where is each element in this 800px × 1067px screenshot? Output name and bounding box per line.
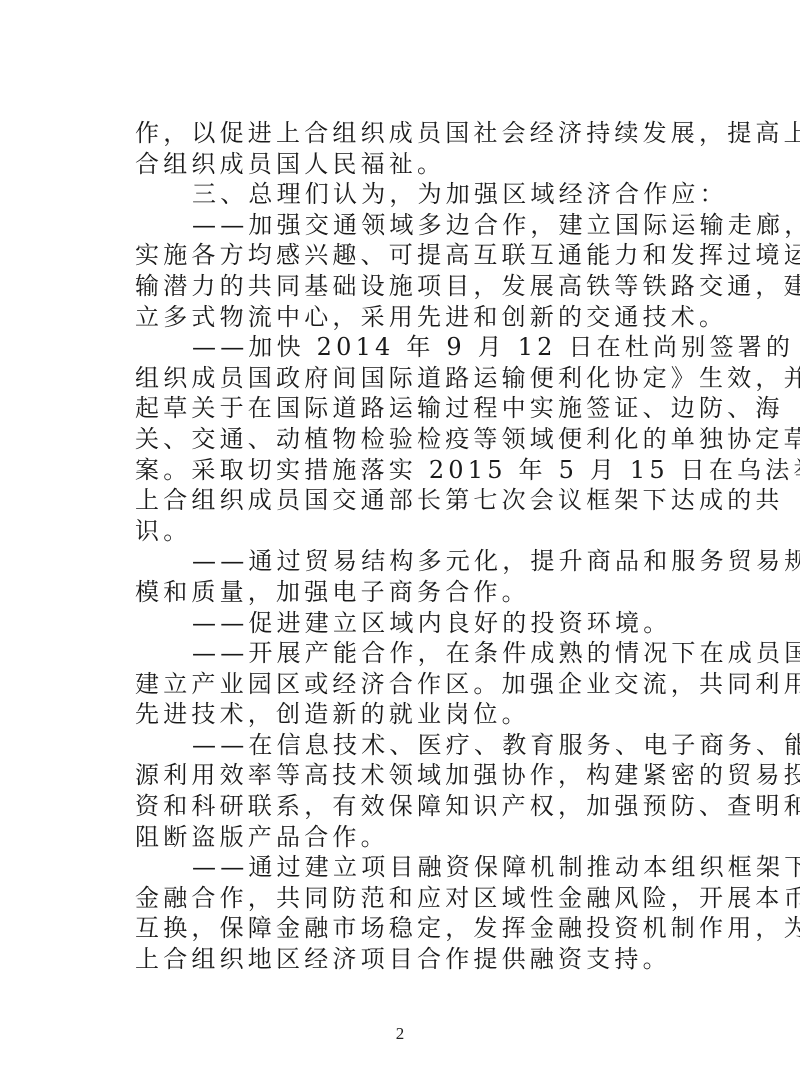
text-line: 上合组织成员国交通部长第七次会议框架下达成的共 [135, 485, 655, 516]
text-line: 组织成员国政府间国际道路运输便利化协定》生效，并 [135, 363, 655, 394]
body-text: 作，以促进上合组织成员国社会经济持续发展，提高上合组织成员国人民福祉。三、总理们… [135, 118, 655, 975]
text-line: 建立产业园区或经济合作区。加强企业交流，共同利用 [135, 669, 655, 700]
text-line: 关、交通、动植物检验检疫等领域便利化的单独协定草 [135, 424, 655, 455]
page-number: 2 [0, 1024, 800, 1044]
paragraph-first-line: ——通过贸易结构多元化，提升商品和服务贸易规 [135, 546, 655, 577]
text-line: 源利用效率等高技术领域加强协作，构建紧密的贸易投 [135, 760, 655, 791]
paragraph-first-line: ——开展产能合作，在条件成熟的情况下在成员国 [135, 638, 655, 669]
text-line: 起草关于在国际道路运输过程中实施签证、边防、海 [135, 393, 655, 424]
text-line: 识。 [135, 516, 655, 547]
paragraph-first-line: ——加强交通领域多边合作，建立国际运输走廊， [135, 210, 655, 241]
text-line: 立多式物流中心，采用先进和创新的交通技术。 [135, 302, 655, 333]
text-line: 模和质量，加强电子商务合作。 [135, 577, 655, 608]
text-line: 互换，保障金融市场稳定，发挥金融投资机制作用，为 [135, 913, 655, 944]
text-line: 阻断盗版产品合作。 [135, 822, 655, 853]
paragraph-first-line: ——在信息技术、医疗、教育服务、电子商务、能 [135, 730, 655, 761]
text-line: 资和科研联系，有效保障知识产权，加强预防、查明和 [135, 791, 655, 822]
text-line: 先进技术，创造新的就业岗位。 [135, 699, 655, 730]
paragraph-first-line: ——促进建立区域内良好的投资环境。 [135, 608, 655, 639]
text-line: 金融合作，共同防范和应对区域性金融风险，开展本币 [135, 883, 655, 914]
text-line: 输潜力的共同基础设施项目，发展高铁等铁路交通，建 [135, 271, 655, 302]
text-line: 案。采取切实措施落实 2015 年 5 月 15 日在乌法举行的 [135, 455, 655, 486]
text-line: 合组织成员国人民福祉。 [135, 149, 655, 180]
paragraph-first-line: 三、总理们认为，为加强区域经济合作应： [135, 179, 655, 210]
text-line: 上合组织地区经济项目合作提供融资支持。 [135, 944, 655, 975]
text-line: 实施各方均感兴趣、可提高互联互通能力和发挥过境运 [135, 240, 655, 271]
text-line: 作，以促进上合组织成员国社会经济持续发展，提高上 [135, 118, 655, 149]
document-page: 作，以促进上合组织成员国社会经济持续发展，提高上合组织成员国人民福祉。三、总理们… [0, 0, 800, 1067]
paragraph-first-line: ——加快 2014 年 9 月 12 日在杜尚别签署的《上合 [135, 332, 655, 363]
paragraph-first-line: ——通过建立项目融资保障机制推动本组织框架下 [135, 852, 655, 883]
